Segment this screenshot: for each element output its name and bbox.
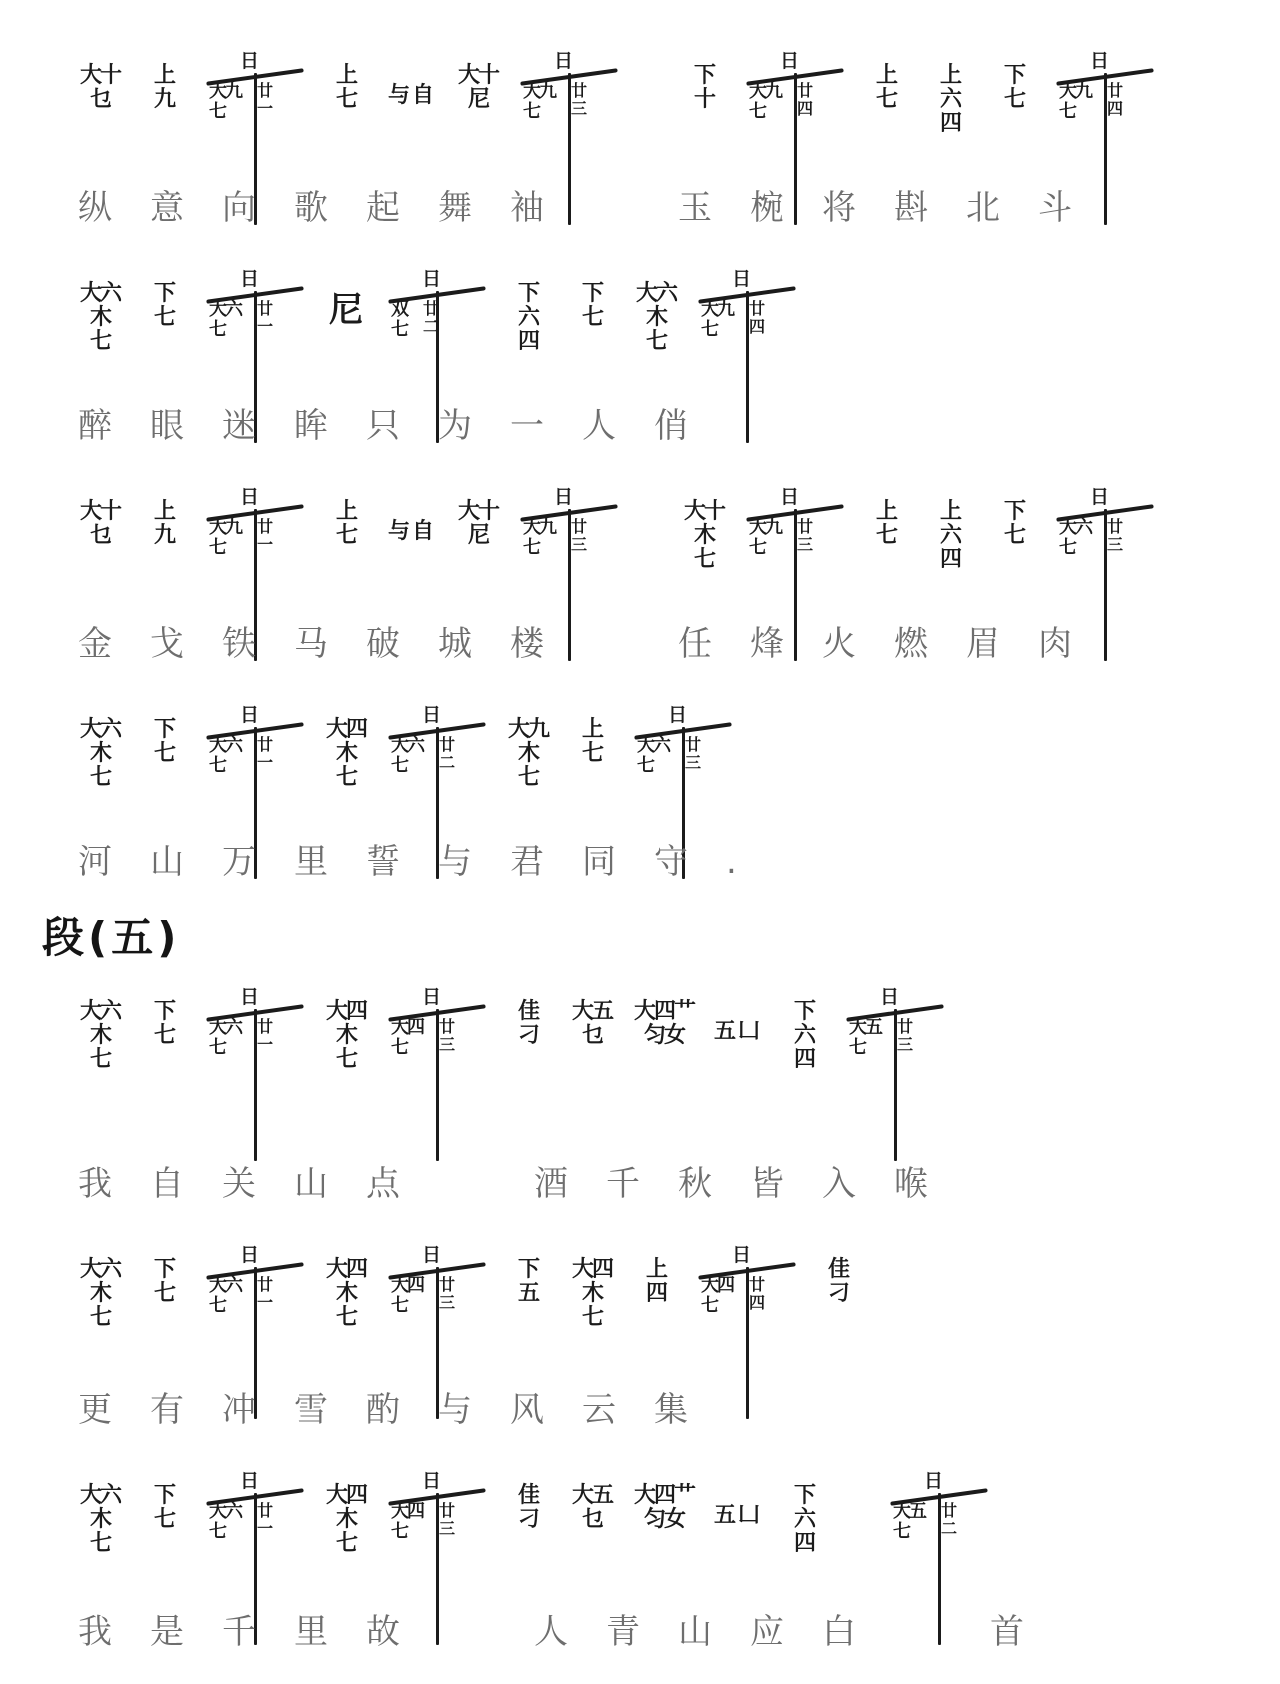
component: 七	[336, 524, 356, 548]
jianzipu-cluster: 大四木七	[324, 718, 368, 789]
component: 廿	[257, 300, 273, 318]
component: 七	[694, 548, 714, 572]
component: 三	[897, 1036, 913, 1054]
lyric-char: 秋	[678, 1164, 712, 1205]
jianzipu-cluster: 大四木七	[570, 1258, 614, 1329]
lyric-phrase: 金戈铁马破城楼	[78, 624, 582, 665]
lyric-phrase: 酒千秋皆入喉	[534, 1164, 966, 1205]
cluster-body: 大九七廿三	[520, 82, 587, 122]
component: 七	[701, 320, 733, 340]
lyric-char: 雪	[294, 1390, 328, 1431]
component: 上	[940, 64, 960, 88]
component: 下	[154, 718, 174, 742]
component: 大六	[80, 1258, 120, 1282]
jianzipu-cluster: 与自	[388, 514, 436, 545]
lyric-char: 皆	[750, 1164, 784, 1205]
cluster-top-component: 日	[924, 1472, 943, 1491]
component: 大十	[458, 500, 498, 524]
component: 廿	[439, 1018, 455, 1036]
notation-line: 大六木七下七日大六七廿一尼日双七廿二下六四下七大六木七日大九七廿四	[78, 270, 1240, 388]
lyric-char: 我	[78, 1164, 112, 1205]
component: 三	[571, 536, 587, 554]
component: 一	[257, 1294, 273, 1312]
component: 廿	[797, 82, 813, 100]
jianzipu-cluster-complex: 日大九七廿三	[520, 52, 618, 122]
lyrics-line: 河山万里誓与君同守.	[78, 842, 1240, 898]
component: 七	[90, 1306, 110, 1330]
lyrics-line: 金戈铁马破城楼任烽火燃眉肉	[78, 624, 1240, 680]
cluster-top-component: 日	[422, 270, 441, 289]
component: 廿	[257, 1018, 273, 1036]
cluster-body: 大四七廿三	[388, 1018, 455, 1058]
component: 四	[1107, 100, 1123, 118]
cluster-right-components: 廿一	[257, 1502, 273, 1537]
cluster-top-component: 日	[668, 706, 687, 725]
component: 廿	[257, 1276, 273, 1294]
component: 刁	[518, 1024, 538, 1048]
cluster-left-components: 大九七	[701, 300, 733, 340]
jianzipu-cluster: 大四艹匀女	[634, 1000, 694, 1048]
cluster-right-components: 廿一	[257, 300, 273, 335]
component: 廿	[439, 1502, 455, 1520]
cluster-vertical-tail	[436, 1009, 439, 1161]
cluster-top-component: 日	[240, 1246, 259, 1265]
component: 大六	[637, 736, 669, 756]
component: 一	[257, 1520, 273, 1538]
component: 廿	[439, 1276, 455, 1294]
component: 木	[90, 742, 110, 766]
lyric-char: 斟	[894, 188, 928, 229]
cluster-right-components: 廿二	[439, 736, 455, 771]
component: 三	[685, 754, 701, 772]
score-page: 大十乜上九日大九七廿一上七与自大十尼日大九七廿三下十日大九七廿四上七上六四下七日…	[0, 0, 1280, 1684]
jianzipu-cluster: 下七	[992, 500, 1036, 548]
jianzipu-cluster-complex: 日大九七廿三	[520, 488, 618, 558]
jianzipu-cluster-complex: 日大九七廿四	[1056, 52, 1154, 122]
lyric-char: .	[726, 842, 737, 883]
component: 四	[646, 1282, 666, 1306]
lyric-char: 河	[78, 842, 112, 883]
component: 五凵	[714, 1503, 762, 1528]
component: 七	[582, 306, 602, 330]
lyric-char: 迷	[222, 406, 256, 447]
jianzipu-cluster: 上九	[142, 500, 186, 548]
component: 大六	[209, 736, 241, 756]
cluster-body: 大九七廿三	[746, 518, 813, 558]
jianzipu-cluster: 下七	[142, 718, 186, 766]
component: 上	[336, 64, 356, 88]
component: 尼	[468, 524, 488, 548]
notation-phrase: 大六木七下七日大六七廿一大四木七日大四七廿三下五大四木七上四日大四七廿四佳刁	[78, 1246, 860, 1329]
cluster-right-components: 廿三	[571, 82, 587, 117]
cluster-right-components: 廿四	[797, 82, 813, 117]
lyric-char: 起	[366, 188, 400, 229]
component: 七	[90, 1532, 110, 1556]
lyric-char: 袖	[510, 188, 544, 229]
component: 木	[646, 306, 666, 330]
component: 下	[1004, 64, 1024, 88]
component: 廿	[897, 1018, 913, 1036]
lyric-char: 北	[966, 188, 1000, 229]
jianzipu-cluster: 上六四	[928, 64, 972, 135]
lyric-char: 戈	[150, 624, 184, 665]
jianzipu-cluster: 上四	[634, 1258, 678, 1306]
cluster-left-components: 大九七	[749, 518, 781, 558]
lyric-char: 千	[606, 1164, 640, 1205]
lyrics-line: 纵意向歌起舞袖玉椀将斟北斗	[78, 188, 1240, 244]
lyric-char: 自	[150, 1164, 184, 1205]
cluster-left-components: 双七	[391, 300, 407, 340]
cluster-top-component: 日	[240, 988, 259, 1007]
component: 木	[582, 1282, 602, 1306]
component: 三	[797, 536, 813, 554]
lyric-phrase: 玉椀将斟北斗	[678, 188, 1110, 229]
notation-phrase: 下十日大九七廿四上七上六四下七日大九七廿四	[682, 52, 1154, 135]
component: 大四	[326, 1000, 366, 1024]
cluster-left-components: 大九七	[523, 82, 555, 122]
component: 木	[694, 524, 714, 548]
component: 廿	[749, 300, 765, 318]
notation-phrase: 日大五七廿二	[890, 1472, 988, 1542]
jianzipu-cluster: 下七	[992, 64, 1036, 112]
handwritten-guqin-score: { "colors": { "ink": "#1b1b1b", "lyric":…	[0, 0, 1280, 1684]
component: 四	[749, 318, 765, 336]
component: 尼	[329, 292, 363, 329]
cluster-left-components: 大六七	[209, 300, 241, 340]
jianzipu-cluster: 下七	[142, 1258, 186, 1306]
cluster-top-component: 日	[240, 488, 259, 507]
component: 廿	[257, 82, 273, 100]
jianzipu-cluster: 大九木七	[506, 718, 550, 789]
lyric-char: 肉	[1038, 624, 1072, 665]
lyric-char: 人	[582, 406, 616, 447]
cluster-top-component: 日	[240, 270, 259, 289]
component: 七	[209, 756, 241, 776]
component: 大九	[209, 518, 241, 538]
lyric-char: 君	[510, 842, 544, 883]
lyrics-line: 更有冲雪酌与风云集	[78, 1390, 1240, 1446]
component: 七	[209, 320, 241, 340]
lyric-char: 入	[822, 1164, 856, 1205]
cluster-left-components: 大六七	[209, 1018, 241, 1058]
jianzipu-cluster-complex: 日大六七廿二	[388, 706, 486, 776]
component: 七	[523, 538, 555, 558]
jianzipu-cluster-complex: 日大六七廿一	[206, 1472, 304, 1542]
component: 七	[209, 1522, 241, 1542]
component: 四	[749, 1294, 765, 1312]
cluster-vertical-tail	[894, 1009, 897, 1161]
lyric-char: 万	[222, 842, 256, 883]
component: 木	[90, 1508, 110, 1532]
cluster-top-component: 日	[732, 1246, 751, 1265]
lyric-char: 守	[654, 842, 688, 883]
lyric-char: 一	[510, 406, 544, 447]
component: 七	[336, 1532, 356, 1556]
lyric-char: 关	[222, 1164, 256, 1205]
component: 木	[336, 1508, 356, 1532]
cluster-top-component: 日	[422, 988, 441, 1007]
cluster-right-components: 廿一	[257, 1276, 273, 1311]
component: 廿	[749, 1276, 765, 1294]
component: 七	[209, 102, 241, 122]
component: 大六	[636, 282, 676, 306]
lyric-char: 点	[366, 1164, 400, 1205]
jianzipu-cluster: 大四艹匀女	[634, 1484, 694, 1532]
cluster-top-component: 日	[1090, 52, 1109, 71]
jianzipu-cluster: 上九	[142, 64, 186, 112]
cluster-left-components: 大四七	[391, 1018, 423, 1058]
lyric-char: 集	[654, 1390, 688, 1431]
jianzipu-cluster: 大十尼	[456, 500, 500, 548]
lyric-phrase: 人青山应白	[534, 1612, 894, 1653]
cluster-body: 双七廿二	[388, 300, 439, 340]
jianzipu-cluster: 上七	[864, 64, 908, 112]
component: 一	[257, 1036, 273, 1054]
cluster-left-components: 大九七	[749, 82, 781, 122]
component: 佳	[518, 1484, 538, 1508]
component: 大六	[80, 282, 120, 306]
component: 大四	[326, 1484, 366, 1508]
cluster-top-component: 日	[1090, 488, 1109, 507]
component: 木	[90, 306, 110, 330]
component: 大六	[209, 1018, 241, 1038]
cluster-right-components: 廿三	[439, 1018, 455, 1053]
component: 下	[694, 64, 714, 88]
jianzipu-cluster-complex: 日大九七廿三	[746, 488, 844, 558]
lyric-char: 云	[582, 1390, 616, 1431]
lyric-char: 金	[78, 624, 112, 665]
cluster-right-components: 廿三	[439, 1276, 455, 1311]
component: 大十	[684, 500, 724, 524]
notation-line: 大六木七下七日大六七廿一大四木七日大四七廿三佳刁大五乜大四艹匀女五凵下六四日大五…	[78, 988, 1240, 1106]
component: 大九	[508, 718, 548, 742]
cluster-body: 大四七廿四	[698, 1276, 765, 1316]
jianzipu-cluster-complex: 日大六七廿三	[1056, 488, 1154, 558]
component: 大六	[209, 1276, 241, 1296]
component: 七	[336, 88, 356, 112]
lyric-phrase: 河山万里誓与君同守.	[78, 842, 775, 883]
lyric-char: 烽	[750, 624, 784, 665]
lyric-char: 山	[678, 1612, 712, 1653]
jianzipu-cluster: 下七	[570, 282, 614, 330]
component: 廿	[571, 518, 587, 536]
cluster-body: 大六七廿三	[634, 736, 701, 776]
component: 廿	[257, 518, 273, 536]
component: 七	[518, 766, 538, 790]
cluster-left-components: 大四七	[701, 1276, 733, 1316]
lyric-char: 玉	[678, 188, 712, 229]
cluster-body: 大五七廿二	[890, 1502, 957, 1542]
component: 四	[794, 1532, 814, 1556]
lyric-char: 纵	[78, 188, 112, 229]
lyric-char: 歌	[294, 188, 328, 229]
component: 大六	[80, 1000, 120, 1024]
component: 七	[876, 88, 896, 112]
cluster-left-components: 大六七	[1059, 518, 1091, 558]
component: 七	[1004, 524, 1024, 548]
notation-phrase: 大六木七下七日大六七廿一大四木七日大四七廿三佳刁大五乜大四艹匀女五凵下六四日大五…	[78, 988, 944, 1071]
cluster-body: 大六七廿二	[388, 736, 455, 776]
cluster-right-components: 廿一	[257, 82, 273, 117]
component: 上	[582, 718, 602, 742]
lyric-phrase: 首	[990, 1612, 1062, 1653]
cluster-left-components: 大六七	[209, 1276, 241, 1316]
component: 大四	[326, 1258, 366, 1282]
lyric-char: 俏	[654, 406, 688, 447]
jianzipu-cluster: 下七	[142, 282, 186, 330]
cluster-top-component: 日	[240, 52, 259, 71]
lyric-char: 斗	[1038, 188, 1072, 229]
cluster-body: 大四七廿三	[388, 1276, 455, 1316]
component: 匀女	[644, 1024, 684, 1048]
jianzipu-cluster: 下十	[682, 64, 726, 112]
lyric-char: 铁	[222, 624, 256, 665]
jianzipu-cluster: 与自	[388, 78, 436, 109]
lyric-char: 任	[678, 624, 712, 665]
component: 上	[336, 500, 356, 524]
component: 廿	[257, 736, 273, 754]
jianzipu-cluster: 尼	[324, 282, 368, 329]
component: 下	[794, 1000, 814, 1024]
cluster-body: 大九七廿四	[698, 300, 765, 340]
jianzipu-cluster: 大六木七	[634, 282, 678, 353]
jianzipu-cluster: 大四木七	[324, 1258, 368, 1329]
jianzipu-cluster-complex: 日大四七廿四	[698, 1246, 796, 1316]
component: 四	[940, 112, 960, 136]
section-header: 段(五)	[42, 908, 1240, 972]
lyric-char: 与	[438, 842, 472, 883]
cluster-left-components: 大九七	[209, 518, 241, 558]
cluster-top-component: 日	[780, 52, 799, 71]
component: 四	[518, 330, 538, 354]
cluster-top-component: 日	[422, 706, 441, 725]
cluster-left-components: 大九七	[523, 518, 555, 558]
cluster-left-components: 大九七	[209, 82, 241, 122]
component: 大六	[209, 300, 241, 320]
notation-line: 大六木七下七日大六七廿一大四木七日大四七廿三佳刁大五乜大四艹匀女五凵下六四日大五…	[78, 1472, 1240, 1590]
cluster-top-component: 日	[240, 706, 259, 725]
component: 七	[391, 1038, 423, 1058]
component: 大九	[749, 82, 781, 102]
component: 一	[257, 754, 273, 772]
cluster-right-components: 廿四	[1107, 82, 1123, 117]
jianzipu-cluster: 大十木七	[682, 500, 726, 571]
cluster-body: 大九七廿四	[1056, 82, 1123, 122]
jianzipu-cluster-complex: 日大四七廿三	[388, 988, 486, 1058]
lyric-char: 将	[822, 188, 856, 229]
cluster-top-component: 日	[554, 488, 573, 507]
component: 木	[336, 1282, 356, 1306]
cluster-top-component: 日	[732, 270, 751, 289]
lyric-phrase: 醉眼迷眸只为一人俏	[78, 406, 726, 447]
component: 七	[90, 1048, 110, 1072]
component: 三	[439, 1520, 455, 1538]
cluster-top-component: 日	[780, 488, 799, 507]
notation-line: 大六木七下七日大六七廿一大四木七日大六七廿二大九木七上七日大六七廿三	[78, 706, 1240, 824]
component: 七	[209, 538, 241, 558]
lyric-char: 破	[366, 624, 400, 665]
lyric-char: 眉	[966, 624, 1000, 665]
component: 木	[518, 742, 538, 766]
component: 大四	[701, 1276, 733, 1296]
cluster-top-component: 日	[554, 52, 573, 71]
cluster-body: 大六七廿三	[1056, 518, 1123, 558]
jianzipu-cluster: 佳刁	[506, 1484, 550, 1532]
component: 大九	[749, 518, 781, 538]
cluster-left-components: 大五七	[893, 1502, 925, 1542]
lyrics-line: 我自关山点酒千秋皆入喉	[78, 1164, 1240, 1220]
component: 大五	[572, 1484, 612, 1508]
component: 五	[518, 1282, 538, 1306]
component: 木	[90, 1282, 110, 1306]
component: 木	[90, 1024, 110, 1048]
component: 廿	[1107, 518, 1123, 536]
lyric-char: 火	[822, 624, 856, 665]
notation-line: 大六木七下七日大六七廿一大四木七日大四七廿三下五大四木七上四日大四七廿四佳刁	[78, 1246, 1240, 1364]
jianzipu-cluster-complex: 日大六七廿一	[206, 706, 304, 776]
cluster-right-components: 廿一	[257, 518, 273, 553]
component: 大九	[701, 300, 733, 320]
component: 三	[571, 100, 587, 118]
component: 七	[646, 330, 666, 354]
notation-line: 大十乜上九日大九七廿一上七与自大十尼日大九七廿三大十木七日大九七廿三上七上六四下…	[78, 488, 1240, 606]
component: 七	[90, 766, 110, 790]
lyric-char: 白	[822, 1612, 856, 1653]
component: 刁	[518, 1508, 538, 1532]
cluster-body: 大四七廿三	[388, 1502, 455, 1542]
jianzipu-cluster-complex: 日大五七廿二	[890, 1472, 988, 1542]
component: 十	[694, 88, 714, 112]
lyric-char: 马	[294, 624, 328, 665]
jianzipu-cluster: 大六木七	[78, 1000, 122, 1071]
lyric-char: 酒	[534, 1164, 568, 1205]
lyric-char: 人	[534, 1612, 568, 1653]
component: 乜	[582, 1024, 602, 1048]
component: 七	[701, 1296, 733, 1316]
lyric-phrase: 纵意向歌起舞袖	[78, 188, 582, 229]
component: 六	[794, 1508, 814, 1532]
cluster-top-component: 日	[422, 1472, 441, 1491]
component: 七	[336, 1306, 356, 1330]
lyric-char: 向	[222, 188, 256, 229]
cluster-top-component: 日	[422, 1246, 441, 1265]
cluster-left-components: 大九七	[1059, 82, 1091, 122]
component: 七	[391, 1522, 423, 1542]
component: 大四	[326, 718, 366, 742]
jianzipu-cluster: 下五	[506, 1258, 550, 1306]
jianzipu-cluster: 大六木七	[78, 1258, 122, 1329]
component: 二	[941, 1520, 957, 1538]
component: 大六	[209, 1502, 241, 1522]
notation-phrase: 大六木七下七日大六七廿一大四木七日大四七廿三佳刁大五乜大四艹匀女五凵下六四	[78, 1472, 826, 1555]
lyric-char: 眸	[294, 406, 328, 447]
lyric-char: 首	[990, 1612, 1024, 1653]
component: 廿	[797, 518, 813, 536]
lyric-char: 青	[606, 1612, 640, 1653]
lyrics-line: 醉眼迷眸只为一人俏	[78, 406, 1240, 462]
component: 七	[582, 742, 602, 766]
component: 下	[154, 1484, 174, 1508]
cluster-body: 大六七廿一	[206, 1018, 273, 1058]
component: 七	[849, 1038, 881, 1058]
component: 四	[940, 548, 960, 572]
cluster-right-components: 廿一	[257, 736, 273, 771]
cluster-left-components: 大五七	[849, 1018, 881, 1058]
component: 下	[518, 1258, 538, 1282]
jianzipu-cluster: 上六四	[928, 500, 972, 571]
component: 一	[257, 536, 273, 554]
component: 下	[154, 1000, 174, 1024]
